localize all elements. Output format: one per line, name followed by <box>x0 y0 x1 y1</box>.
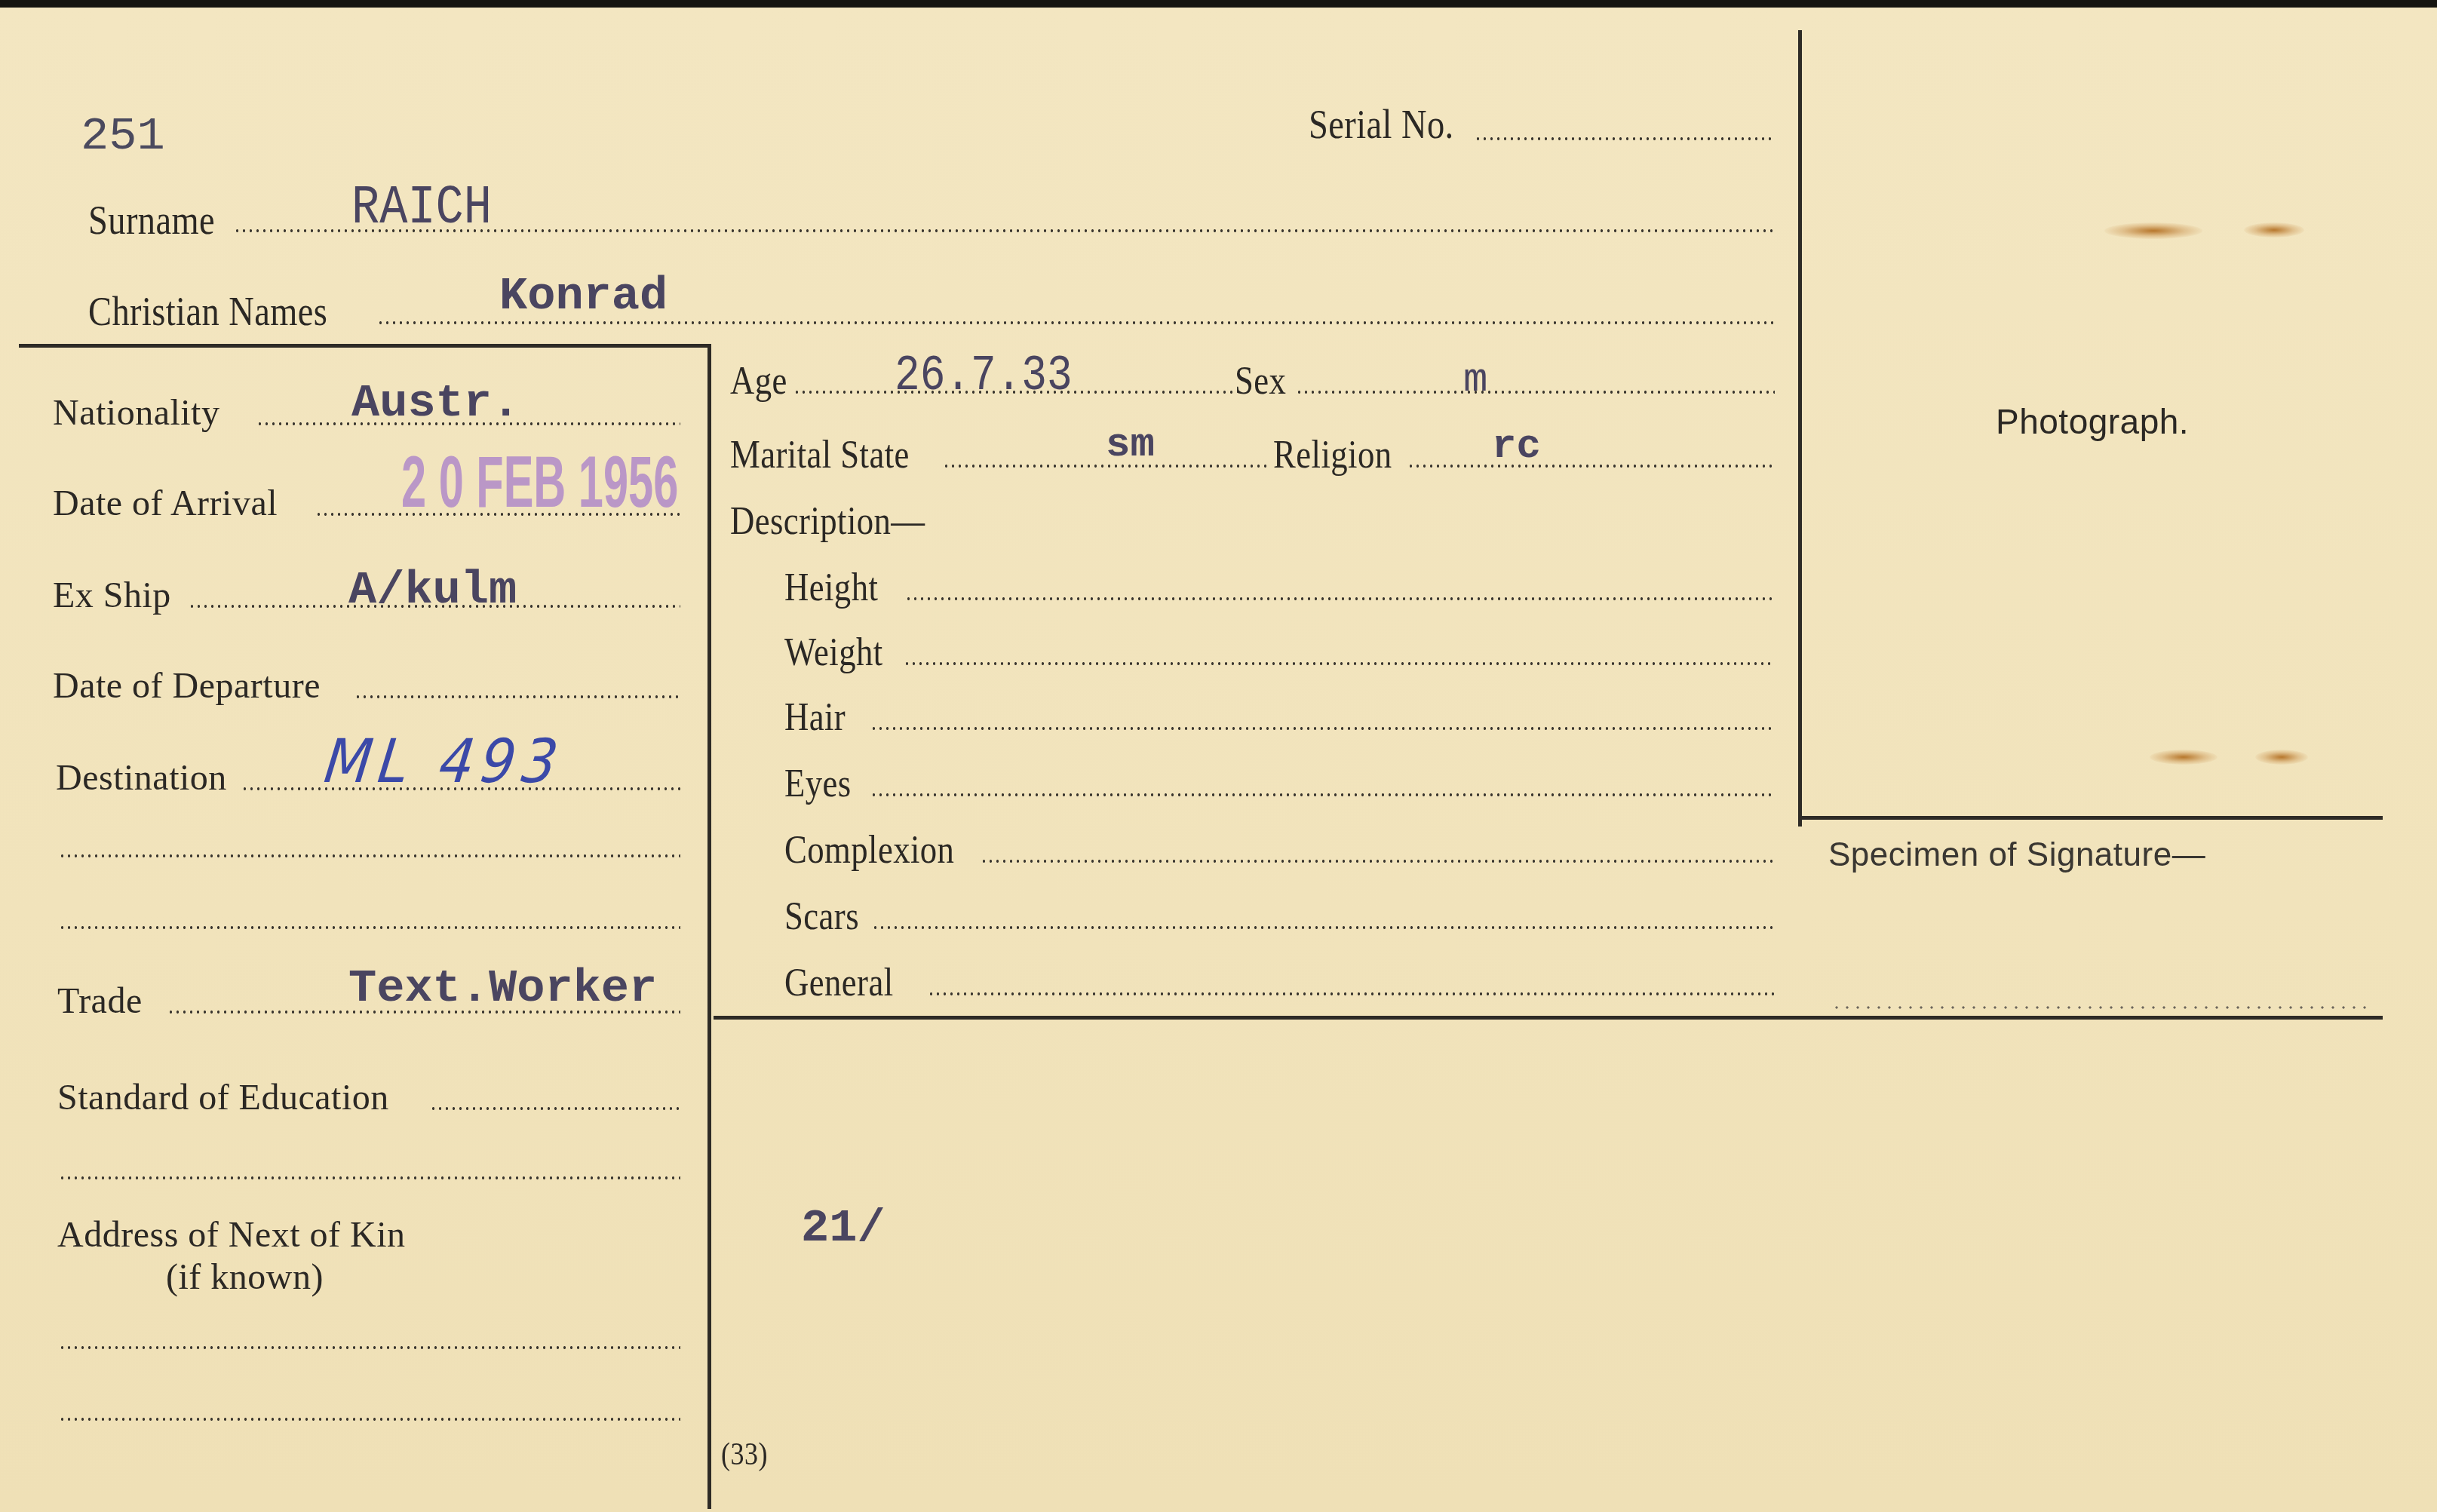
date-of-arrival-label: Date of Arrival <box>53 486 278 522</box>
rust-stain <box>2244 222 2304 238</box>
marital-state-value: sm <box>1106 425 1155 466</box>
nationality-value: Austr. <box>351 380 520 427</box>
rust-stain <box>2255 750 2308 765</box>
bottom-note: 21/ <box>801 1205 885 1252</box>
age-label: Age <box>730 362 787 401</box>
photograph-area <box>1804 38 2383 814</box>
religion-field[interactable] <box>1407 465 1775 468</box>
date-of-departure-field[interactable] <box>355 695 680 698</box>
rust-stain <box>2104 222 2202 239</box>
education-extra-line[interactable] <box>59 1176 680 1179</box>
standard-of-education-label: Standard of Education <box>57 1080 389 1116</box>
complexion-field[interactable] <box>981 860 1775 863</box>
signature-field[interactable] <box>1831 1006 2371 1009</box>
destination-extra-line-1[interactable] <box>59 854 680 857</box>
christian-names-value: Konrad <box>499 273 668 320</box>
registration-card: 251 Serial No. Surname RAICH Christian N… <box>0 8 2437 1512</box>
next-of-kin-sublabel: (if known) <box>166 1259 324 1296</box>
rust-stain <box>2150 750 2218 765</box>
surname-label: Surname <box>88 200 215 241</box>
marital-state-label: Marital State <box>730 436 910 475</box>
hair-label: Hair <box>784 698 846 738</box>
eyes-label: Eyes <box>784 765 852 804</box>
weight-label: Weight <box>784 633 883 673</box>
general-label: General <box>784 964 894 1003</box>
card-number: 251 <box>81 113 165 160</box>
divider-description-bottom <box>714 1016 2383 1020</box>
ex-ship-label: Ex Ship <box>53 578 171 614</box>
standard-of-education-field[interactable] <box>430 1107 680 1110</box>
hair-field[interactable] <box>870 727 1775 730</box>
christian-names-label: Christian Names <box>88 291 327 332</box>
serial-no-label: Serial No. <box>1309 104 1454 145</box>
complexion-label: Complexion <box>784 831 954 870</box>
surname-value: RAICH <box>351 182 492 235</box>
form-number: (33) <box>721 1439 768 1471</box>
nationality-label: Nationality <box>53 395 219 431</box>
religion-label: Religion <box>1273 436 1392 475</box>
height-field[interactable] <box>905 597 1775 600</box>
age-value: 26.7.33 <box>895 351 1073 401</box>
sex-label: Sex <box>1235 362 1286 401</box>
divider-left-column <box>707 344 711 1509</box>
trade-label: Trade <box>57 983 143 1020</box>
serial-no-field[interactable] <box>1475 137 1775 140</box>
photo-box-left-border <box>1798 30 1802 827</box>
scan-top-edge <box>0 0 2437 8</box>
sex-field[interactable] <box>1296 391 1775 394</box>
divider-header <box>19 344 711 348</box>
trade-value: Text.Worker <box>348 965 657 1012</box>
signature-label: Specimen of Signature— <box>1828 839 2205 872</box>
ex-ship-value: A/kulm <box>348 567 517 614</box>
general-field[interactable] <box>928 992 1775 995</box>
sex-value: m <box>1463 360 1487 401</box>
destination-extra-line-2[interactable] <box>59 926 680 929</box>
description-label: Description— <box>730 502 925 541</box>
arrival-date-stamp: 2 0 FEB 1956 <box>401 446 678 519</box>
weight-field[interactable] <box>904 662 1775 665</box>
date-of-departure-label: Date of Departure <box>53 668 321 704</box>
destination-value: ML 493 <box>321 731 568 792</box>
height-label: Height <box>784 569 878 608</box>
next-of-kin-line-1[interactable] <box>59 1346 680 1349</box>
destination-label: Destination <box>56 760 227 796</box>
scars-field[interactable] <box>872 926 1775 929</box>
next-of-kin-label: Address of Next of Kin <box>57 1217 406 1253</box>
next-of-kin-line-2[interactable] <box>59 1418 680 1421</box>
scars-label: Scars <box>784 897 859 937</box>
religion-value: rc <box>1492 427 1541 468</box>
photo-box-bottom-border <box>1798 816 2383 820</box>
eyes-field[interactable] <box>870 793 1775 796</box>
